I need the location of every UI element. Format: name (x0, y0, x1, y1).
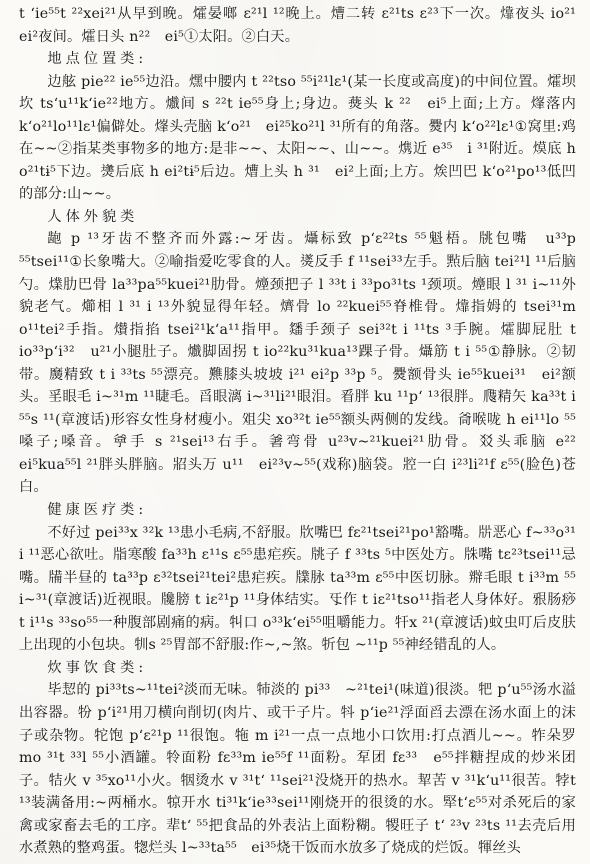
page-text-column: t ʻie⁵⁵t ²²xei²¹从早到晚。㸌晏啷 ɛ²¹l ¹²晚上。㷮二转 ɛ… (19, 3, 576, 860)
paragraph-health-medical-entries: 不好过 pei³³x ³²k ¹³患小毛病,不舒服。㸝嘴巴 fɛ²¹tsei²¹… (19, 522, 576, 657)
section-heading-location: 地点位置类: (19, 48, 576, 71)
scanned-dictionary-page: t ʻie⁵⁵t ²²xei²¹从早到晚。㸌晏啷 ɛ²¹l ¹²晚上。㷮二转 ɛ… (0, 0, 590, 864)
section-heading-body-appearance: 人体外貌类 (19, 206, 576, 229)
paragraph-cooking-food-entries: 毕恝的 pi³³ts~¹¹tei²淡而无味。㸬淡的 pi³³ ~²¹tei¹(味… (19, 679, 576, 859)
section-heading-cooking-food: 炊事饮食类: (19, 657, 576, 680)
section-heading-health-medical: 健康医疗类: (19, 499, 576, 522)
paragraph-time-entries-continuation: t ʻie⁵⁵t ²²xei²¹从早到晚。㸌晏啷 ɛ²¹l ¹²晚上。㷮二转 ɛ… (19, 3, 576, 48)
paragraph-location-entries: 边舷 pie²² ie⁵⁵边沿。㷵中腰内 t ²²tso ⁵⁵i²¹lɛ¹(某一… (19, 71, 576, 206)
paragraph-body-appearance-entries: 龅 p ¹³牙齿不整齐而外露:~牙齿。㸎标致 pʻɛ²²ts ⁵⁵魁梧。㸠包嘴 … (19, 228, 576, 499)
